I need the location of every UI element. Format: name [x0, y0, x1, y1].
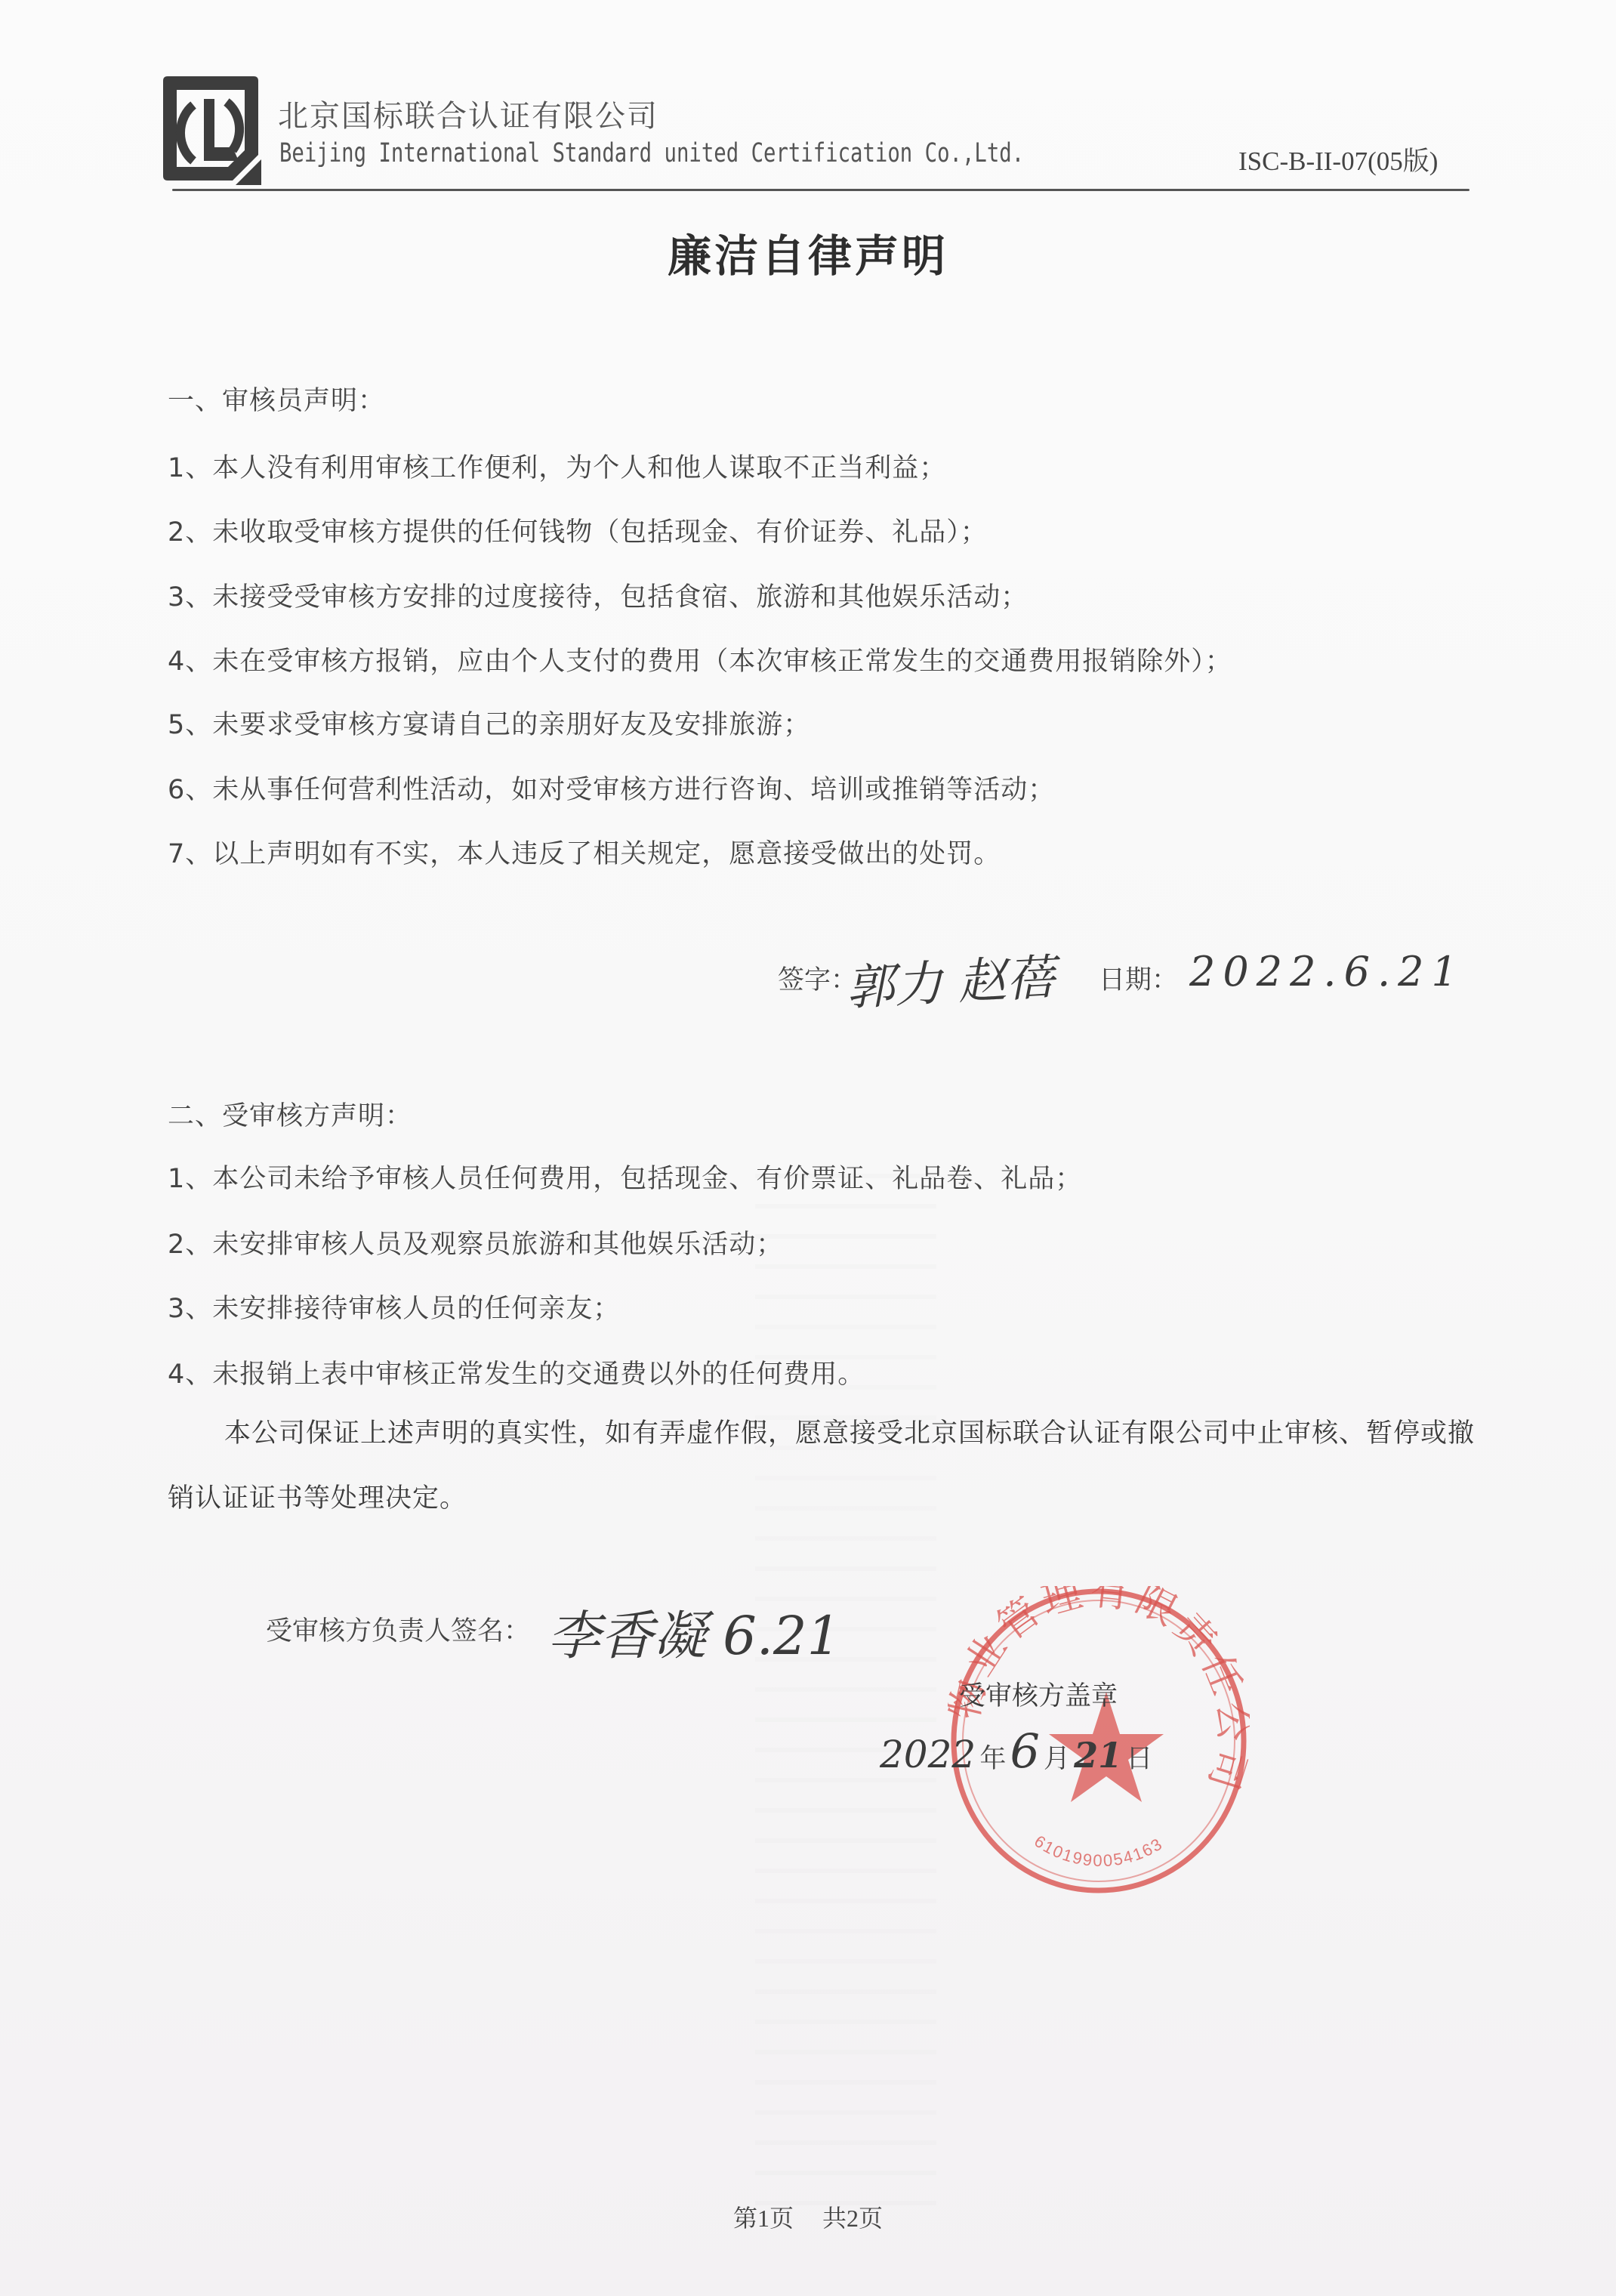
auditee-item-3: 3、未安排接待审核人员的任何亲友；: [168, 1288, 620, 1325]
auditor-item-1: 1、本人没有利用审核工作便利，为个人和他人谋取不正当利益；: [168, 447, 946, 485]
stamp-date-year: 2022: [880, 1733, 976, 1776]
document-code: ISC-B-II-07(05版): [1238, 140, 1438, 178]
auditor-date: 2022.6.21: [1189, 948, 1465, 995]
auditor-item-7: 7、以上声明如有不实，本人违反了相关规定，愿意接受做出的处罚。: [168, 833, 1001, 871]
responsible-signature: 李香凝 6.21: [547, 1594, 840, 1670]
date-label: 日期：: [1099, 959, 1178, 997]
company-name-cn: 北京国标联合认证有限公司: [278, 92, 658, 135]
stamp-date-year-unit: 年: [979, 1744, 1006, 1774]
header-divider: [172, 189, 1470, 191]
stamp-number: 6101990054163: [1031, 1832, 1166, 1870]
auditor-section-heading: 一、审核员声明：: [168, 380, 385, 418]
company-name-en: Beijing International Standard united Ce…: [279, 138, 1024, 168]
stamp-date-day: 21: [1074, 1735, 1122, 1776]
stamp-date: 2022 年 6 月 21 日: [880, 1724, 1152, 1779]
stamp-label: 受审核方盖章: [959, 1675, 1118, 1713]
stamp-date-day-unit: 日: [1126, 1744, 1152, 1774]
bleed-through-marks: [755, 1148, 936, 2205]
page-indicator: 第1页 共2页: [0, 2199, 1616, 2234]
svg-text:6101990054163: 6101990054163: [1031, 1832, 1166, 1870]
stamp-date-month: 6: [1010, 1724, 1039, 1779]
closing-paragraph: 本公司保证上述声明的真实性，如有弄虚作假，愿意接受北京国标联合认证有限公司中止审…: [168, 1401, 1482, 1531]
auditor-item-2: 2、未收取受审核方提供的任何钱物（包括现金、有价证券、礼品）；: [168, 511, 988, 549]
stamp-date-month-unit: 月: [1044, 1744, 1070, 1774]
auditor-item-4: 4、未在受审核方报销，应由个人支付的费用（本次审核正常发生的交通费用报销除外）；: [168, 640, 1232, 678]
auditor-item-5: 5、未要求受审核方宴请自己的亲朋好友及安排旅游；: [168, 704, 810, 742]
auditor-item-6: 6、未从事任何营利性活动，如对受审核方进行咨询、培训或推销等活动；: [168, 769, 1055, 807]
auditor-item-3: 3、未接受受审核方安排的过度接待，包括食宿、旅游和其他娱乐活动；: [168, 576, 1028, 614]
auditor-signature: 郭力 赵蓓: [844, 939, 1056, 1019]
company-logo-icon: [160, 72, 261, 185]
document-title: 廉洁自律声明: [0, 221, 1616, 284]
responsible-signature-label: 受审核方负责人签名：: [266, 1610, 530, 1648]
auditee-item-1: 1、本公司未给予审核人员任何费用，包括现金、有价票证、礼品卷、礼品；: [168, 1158, 1082, 1196]
auditee-section-heading: 二、受审核方声明：: [168, 1095, 412, 1133]
auditee-item-2: 2、未安排审核人员及观察员旅游和其他娱乐活动；: [168, 1224, 783, 1261]
auditee-item-4: 4、未报销上表中审核正常发生的交通费以外的任何费用。: [168, 1353, 865, 1391]
